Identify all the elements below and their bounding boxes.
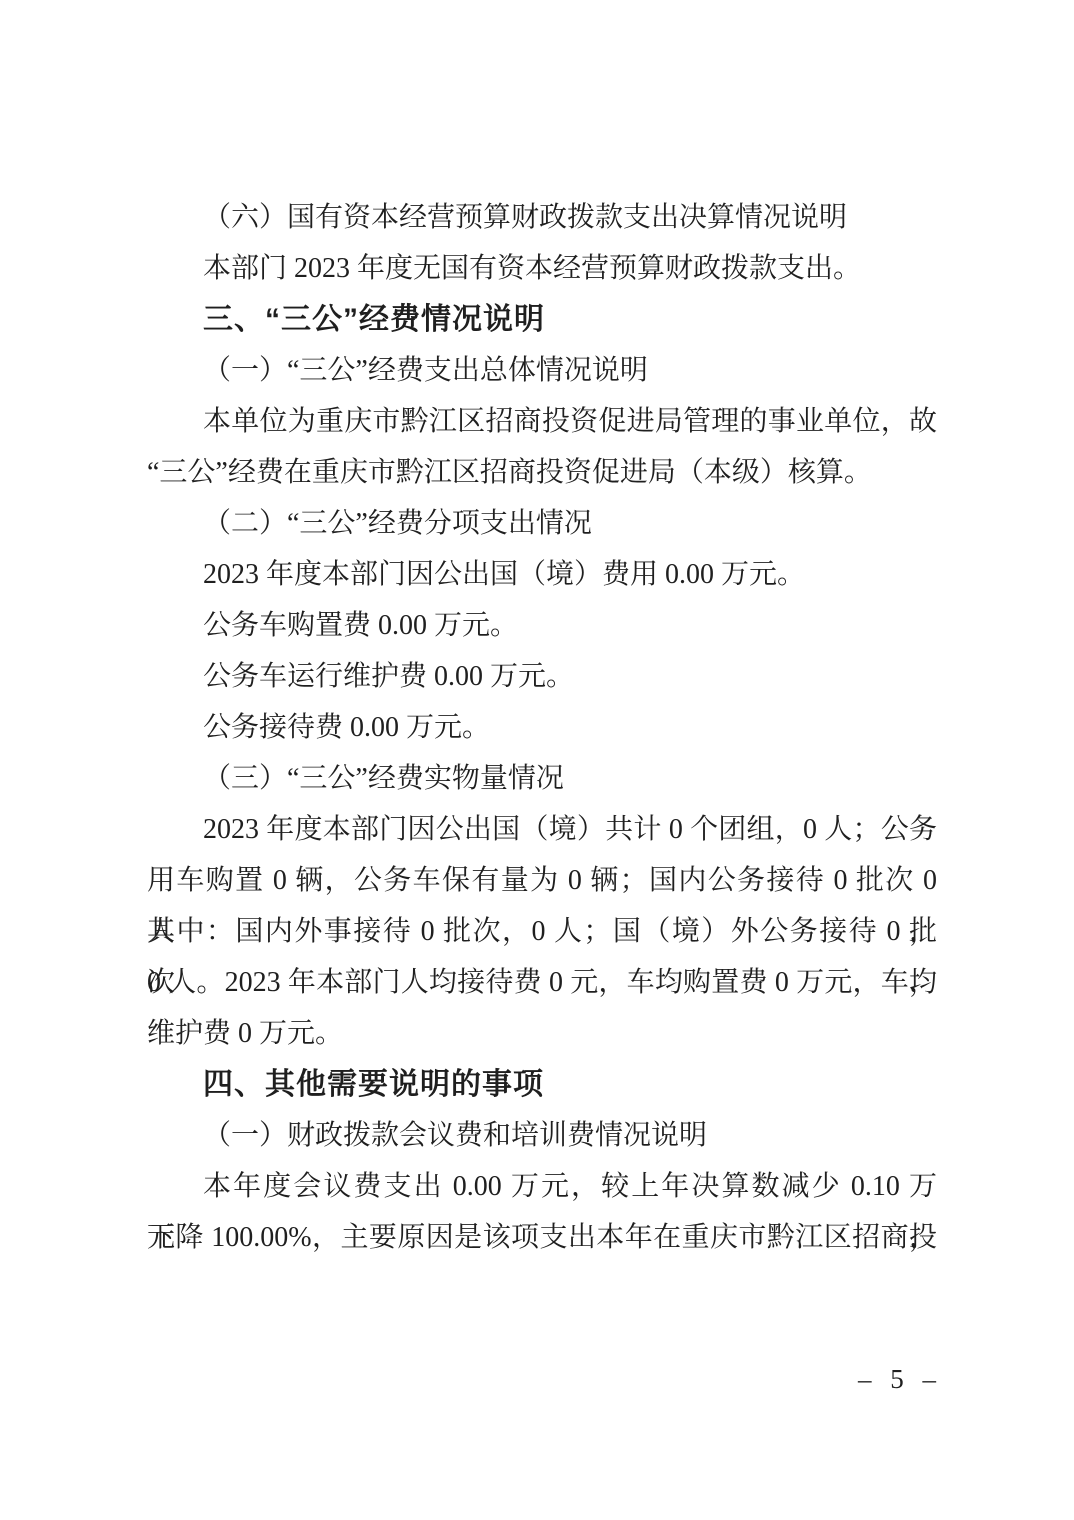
paragraph-line: 用车购置 0 辆，公务车保有量为 0 辆；国内公务接待 0 批次 0 人，	[147, 855, 937, 906]
paragraph-line: 公务车运行维护费 0.00 万元。	[147, 651, 937, 702]
document-page: （六）国有资本经营预算财政拨款支出决算情况说明 本部门 2023 年度无国有资本…	[0, 0, 1074, 1520]
document-body: （六）国有资本经营预算财政拨款支出决算情况说明 本部门 2023 年度无国有资本…	[147, 192, 937, 1263]
paragraph-line-heading-6: （六）国有资本经营预算财政拨款支出决算情况说明	[147, 192, 937, 243]
subsection-heading-2: （二）“三公”经费分项支出情况	[147, 498, 937, 549]
paragraph-line: 2023 年度本部门因公出国（境）费用 0.00 万元。	[147, 549, 937, 600]
paragraph-line: 维护费 0 万元。	[147, 1008, 937, 1059]
subsection-heading-meeting-fees: （一）财政拨款会议费和培训费情况说明	[147, 1110, 937, 1161]
paragraph-line: 本单位为重庆市黔江区招商投资促进局管理的事业单位，故	[147, 396, 937, 447]
paragraph-line: 本部门 2023 年度无国有资本经营预算财政拨款支出。	[147, 243, 937, 294]
paragraph-line: 公务接待费 0.00 万元。	[147, 702, 937, 753]
subsection-heading-1: （一）“三公”经费支出总体情况说明	[147, 345, 937, 396]
subsection-heading-3: （三）“三公”经费实物量情况	[147, 753, 937, 804]
page-number: – 5 –	[858, 1364, 942, 1395]
paragraph-line: 2023 年度本部门因公出国（境）共计 0 个团组，0 人；公务	[147, 804, 937, 855]
paragraph-line: 0 人。2023 年本部门人均接待费 0 元，车均购置费 0 万元，车均	[147, 957, 937, 1008]
paragraph-line: “三公”经费在重庆市黔江区招商投资促进局（本级）核算。	[147, 447, 937, 498]
paragraph-line: 公务车购置费 0.00 万元。	[147, 600, 937, 651]
paragraph-line: 本年度会议费支出 0.00 万元，较上年决算数减少 0.10 万元，	[147, 1161, 937, 1212]
paragraph-line: 其中：国内外事接待 0 批次，0 人；国（境）外公务接待 0 批次，	[147, 906, 937, 957]
section-heading-3: 三、“三公”经费情况说明	[147, 294, 937, 345]
paragraph-line: 下降 100.00%，主要原因是该项支出本年在重庆市黔江区招商投	[147, 1212, 937, 1263]
section-heading-4: 四、其他需要说明的事项	[147, 1059, 937, 1110]
